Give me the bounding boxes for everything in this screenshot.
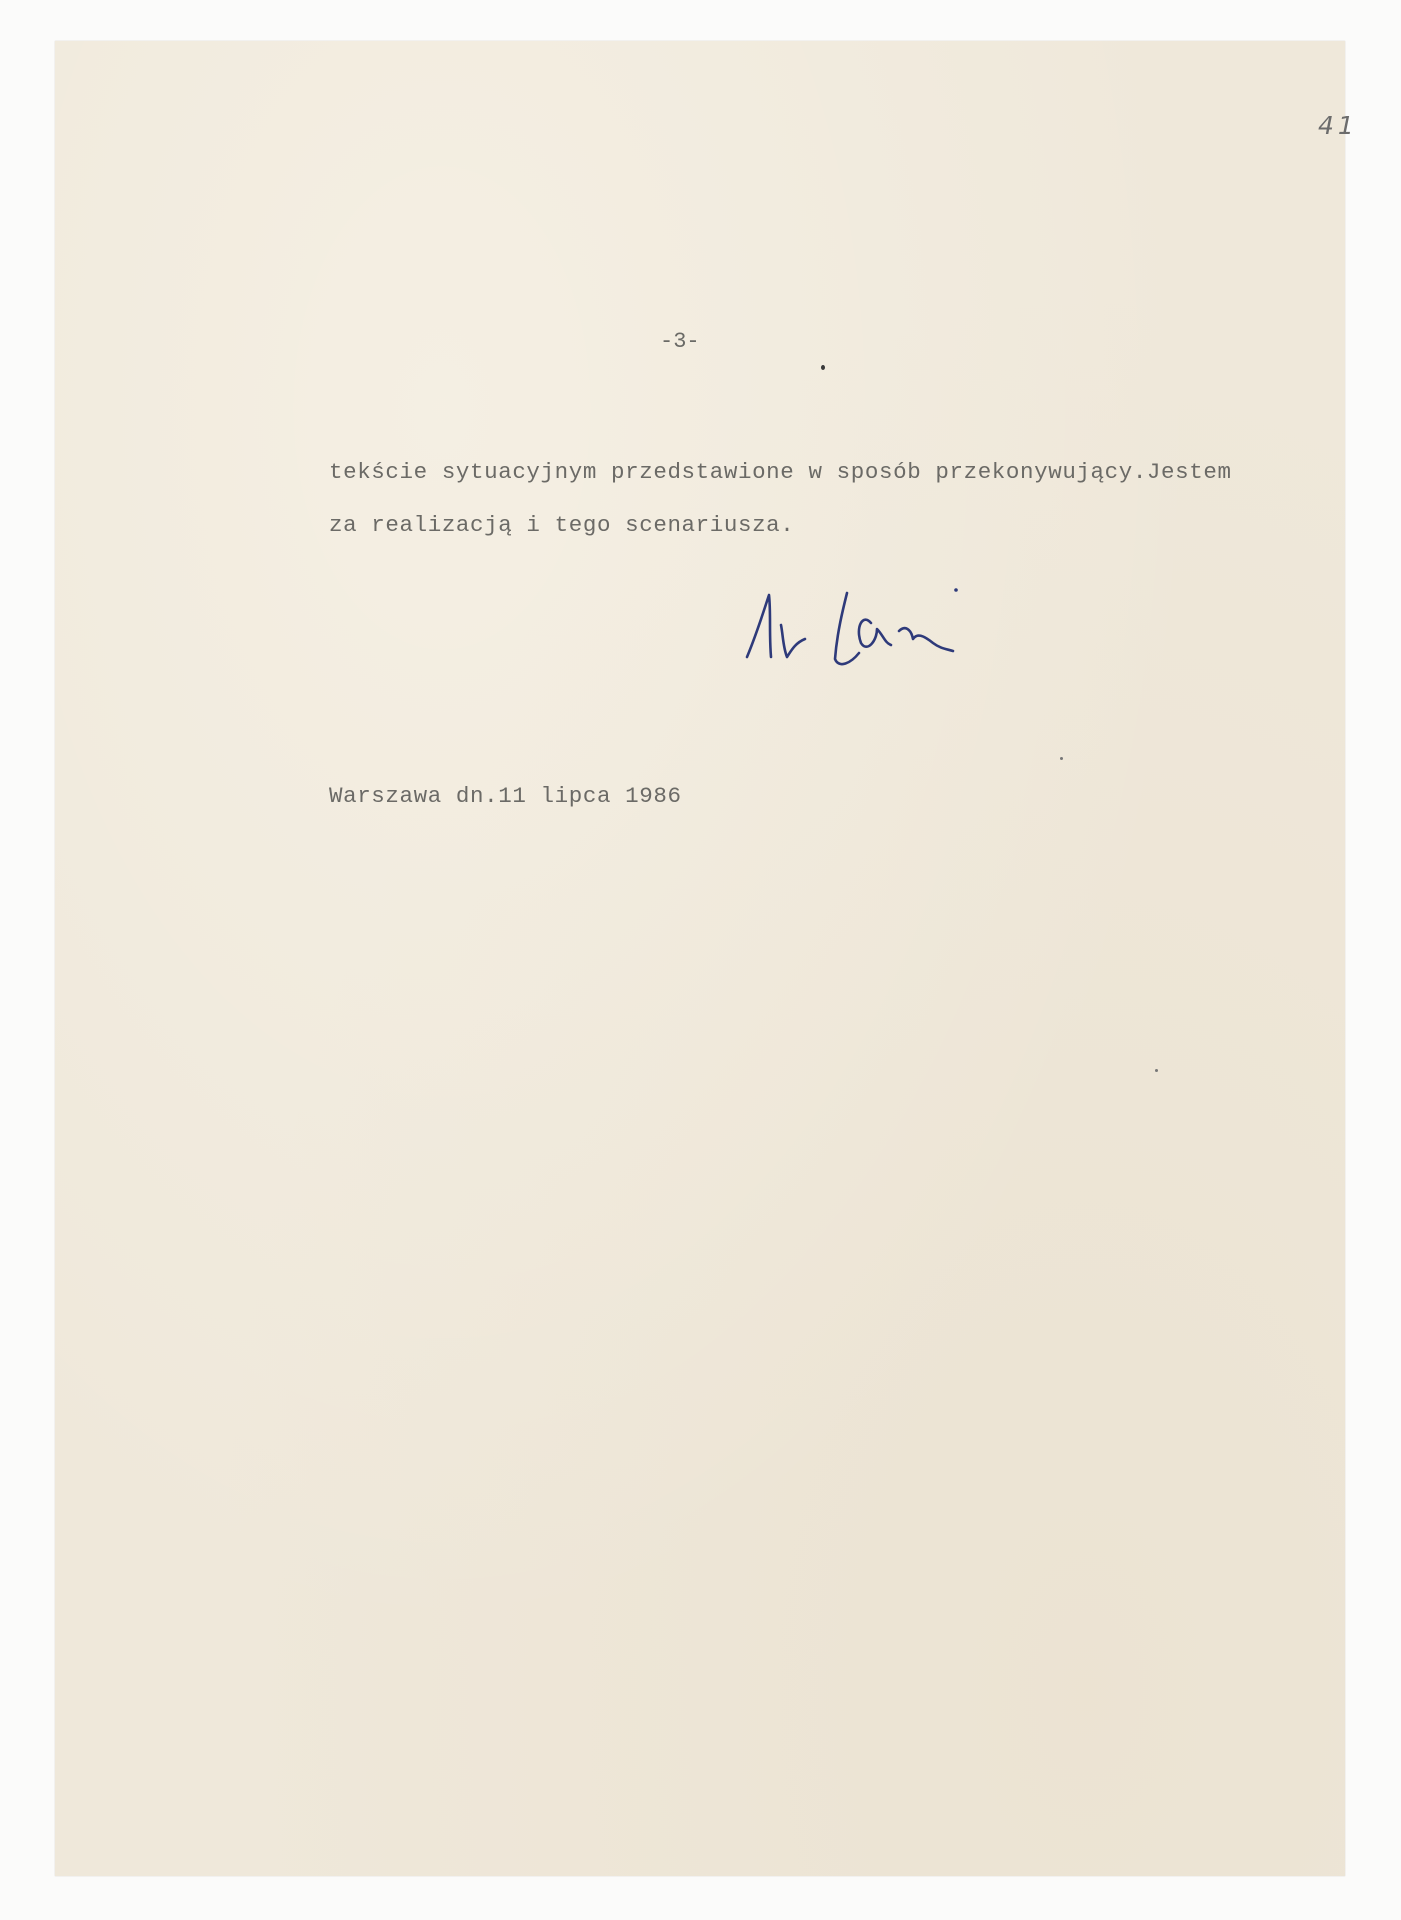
- page-number: -3-: [660, 329, 700, 354]
- paper-speck: [1060, 757, 1063, 760]
- body-line: tekście sytuacyjnym przedstawione w spos…: [329, 459, 1232, 485]
- folio-number: 41: [1318, 111, 1358, 140]
- document-page: 41 -3- tekście sytuacyjnym przedstawione…: [55, 41, 1345, 1876]
- signature: [727, 573, 967, 683]
- paper-speck: [821, 365, 825, 370]
- paper-speck: [1155, 1069, 1158, 1072]
- place-and-date: Warszawa dn.11 lipca 1986: [329, 783, 682, 809]
- body-line: za realizacją i tego scenariusza.: [329, 512, 794, 538]
